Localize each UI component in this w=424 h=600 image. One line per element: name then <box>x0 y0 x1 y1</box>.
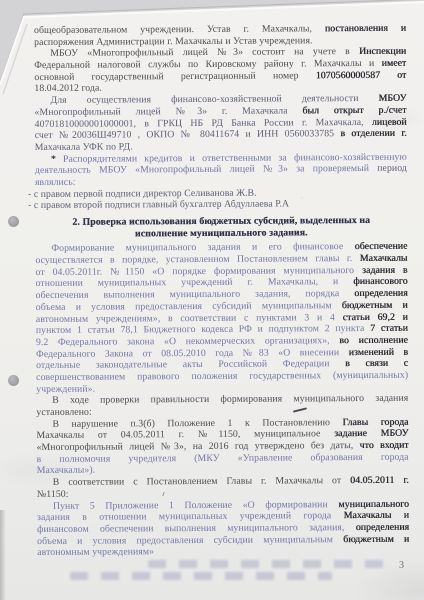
text-run: №1150: <box>37 489 69 500</box>
page-number: 3 <box>399 560 404 571</box>
text-run: Формирование муниципального задания и ег… <box>51 241 354 254</box>
text-run: учреждений». <box>36 383 95 394</box>
text-run: определения <box>356 522 409 533</box>
bleed-through-text <box>148 560 390 568</box>
text-line: исполнение муниципального задания. <box>35 226 407 240</box>
text-run: объема и условия предоставления субсидии… <box>37 534 343 547</box>
text-run: объема и условия предоставления субсидий… <box>36 300 342 313</box>
text-run: определения <box>354 288 407 299</box>
text-line: В соответствии с Постановлением Главы г.… <box>37 475 409 489</box>
text-run: лицевой <box>372 116 407 127</box>
p-in-accordance: В соответствии с Постановлением Главы г.… <box>37 475 409 501</box>
text-line: В ходе проверки правильности формировани… <box>36 393 408 407</box>
p-inspection-findings: В ходе проверки правильности формировани… <box>36 393 408 419</box>
text-run: 2. Проверка использования бюджетных субс… <box>72 215 370 228</box>
section-heading: 2. Проверка использования бюджетных субс… <box>35 215 407 241</box>
text-run: Пункт 5 Приложение 1 Положение «О формир… <box>53 499 338 512</box>
p-violation: В нарушение п.3(б) Положение 1 к Постано… <box>36 416 408 477</box>
text-run: Федерального Закона от 08.05.2010 года №… <box>36 347 349 360</box>
text-run: период <box>377 163 407 174</box>
text-line: - с правом второй подписи главный бухгал… <box>28 198 407 212</box>
text-run: задания в отношении муниципальных учрежд… <box>37 510 344 523</box>
text-run: задание МБОУ <box>334 428 408 439</box>
text-run: 18.04.2012 года. <box>34 83 102 94</box>
text-run: - с правом первой подписи директор Селив… <box>28 187 257 199</box>
p-point5: Пункт 5 Приложение 1 Положение «О формир… <box>37 498 409 559</box>
text-line: счет №20036Ш49710 , ОКПО № 80411674 и ИН… <box>35 128 407 142</box>
text-run: в полномочия учредителя (МКУ «Управление… <box>37 451 409 464</box>
text-run: В соответствии с Постановлением Главы г.… <box>53 475 350 488</box>
hole-punch-mark <box>8 375 19 386</box>
text-run: МБОУ «Многопрофильный лицей №3» состоит … <box>50 46 359 59</box>
text-run: «Многопрофильный лицей №3» г. Махачкала <box>34 105 302 118</box>
page-edge-shadow <box>0 510 6 600</box>
text-line: деятельность МБОУ «Многопрофильный лицей… <box>35 163 407 177</box>
text-run: постановления и <box>325 23 406 34</box>
text-run: Махачкалы от 04.05.2011 г. №1150, муници… <box>36 429 334 442</box>
hole-punch-mark <box>8 216 19 227</box>
text-run: Махачкалы и <box>344 510 409 521</box>
p-bank-account: Для осуществления финансово-хозяйственно… <box>34 93 406 154</box>
text-run: обеспечение <box>355 241 408 252</box>
text-run: в отделении г. <box>340 128 406 139</box>
text-run: отдельные законодательные акты Российско… <box>36 358 345 371</box>
text-run: совершенствованием правового положения г… <box>36 370 408 383</box>
text-run: 7 статьи <box>370 323 408 334</box>
text-run: В ходе проверки правильности формировани… <box>52 393 408 406</box>
text-run: 1070560000587 от <box>316 69 407 81</box>
text-run: общеобразовательном учреждении. Устав г.… <box>34 23 325 36</box>
text-run: статьи 69,2 и <box>343 311 408 322</box>
text-run: 04.05.2011 г. <box>350 475 409 486</box>
text-run: счет №20036Ш49710 , ОКПО № 80411674 и ИН… <box>35 128 341 141</box>
text-run: Главы города <box>342 416 408 427</box>
bleed-through-text <box>70 572 332 580</box>
text-run: - с правом второй подписи главный бухгал… <box>28 199 289 212</box>
scanned-page: общеобразовательном учреждении. Устав г.… <box>0 0 424 600</box>
text-run: автономным учреждениям» <box>37 547 154 559</box>
p-second-signature: - с правом второй подписи главный бухгал… <box>28 198 407 212</box>
text-run: бюджетным и <box>343 533 409 544</box>
text-run: распоряжения Администрации г. Махачкалы … <box>34 35 312 48</box>
text-run: имеет <box>382 58 407 69</box>
text-run: во исполнение <box>339 335 408 346</box>
text-run: что входит <box>359 440 408 451</box>
p-task-formation: Формирование муниципального задания и ег… <box>35 241 408 395</box>
text-run: автономным учреждениям», в соответствии … <box>36 312 343 325</box>
text-run: Махачкалы <box>360 253 408 264</box>
text-run: МБОУ <box>378 93 406 104</box>
text-run: финансового <box>353 276 407 287</box>
text-run: 9.2 Федерального закона «О некоммерчески… <box>36 335 339 348</box>
p-registration: МБОУ «Многопрофильный лицей №3» состоит … <box>34 46 406 95</box>
text-run: задания в <box>362 264 408 275</box>
text-run: изменений в <box>349 346 408 357</box>
text-run: муниципального <box>338 498 409 509</box>
text-run: бюджетным и <box>342 300 408 311</box>
document-body: общеобразовательном учреждении. Устав г.… <box>34 23 409 559</box>
p-continuation: общеобразовательном учреждении. Устав г.… <box>34 23 406 49</box>
text-run: основной государственный регистрационный… <box>34 70 315 83</box>
text-line: автономным учреждениям» <box>37 545 409 559</box>
text-line: совершенствованием правового положения г… <box>36 370 408 384</box>
text-run: Махачкала УФК по РД. <box>35 141 133 153</box>
text-run: Махачкалы»). <box>37 465 96 476</box>
text-run: в связи с <box>345 358 408 369</box>
text-run: установлено: <box>36 407 91 418</box>
text-run: исполнение муниципального задания. <box>135 227 308 239</box>
text-run: Инспекции <box>359 46 406 57</box>
text-run: был открыт р./счет <box>302 105 406 117</box>
text-run: являлись: <box>35 177 76 188</box>
p-credit-managers: * Распорядителями кредитов и ответственн… <box>35 151 407 188</box>
text-run: деятельность МБОУ «Многопрофильный лицей… <box>35 163 377 176</box>
text-run: В нарушение п.3(б) Положение 1 к Постано… <box>52 417 342 430</box>
text-run: * <box>51 153 63 164</box>
